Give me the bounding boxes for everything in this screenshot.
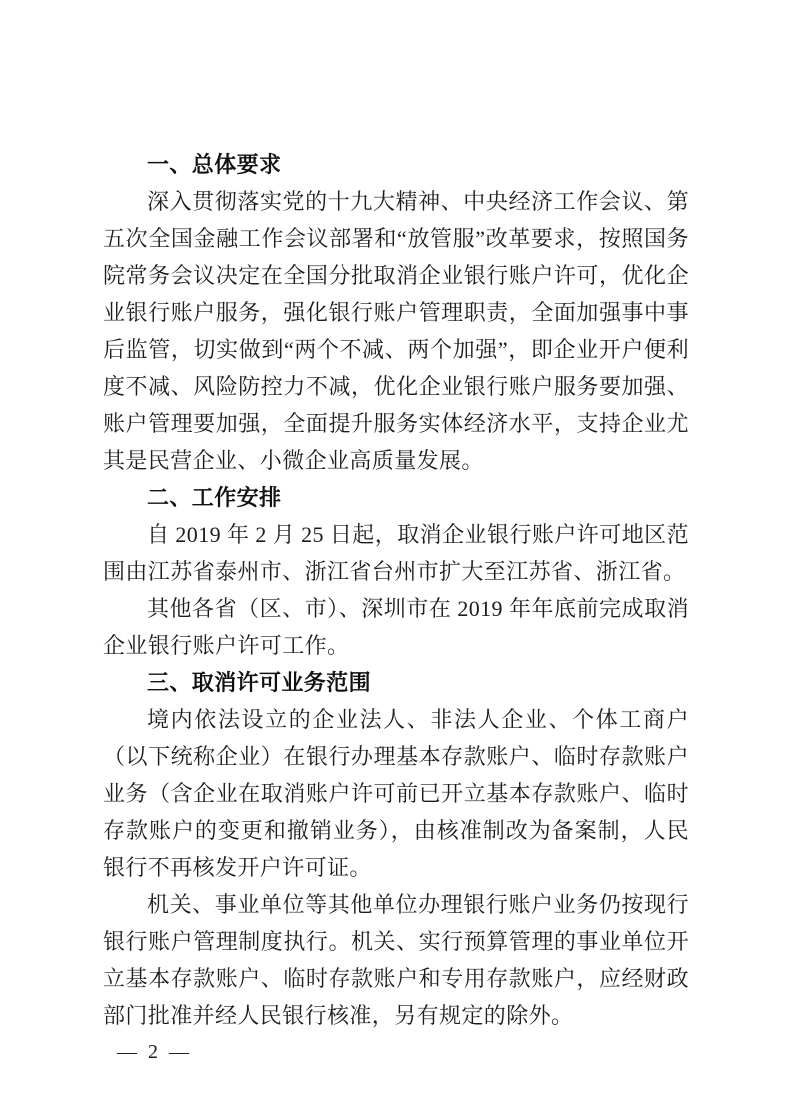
section-heading-work-arrangement: 二、工作安排	[103, 479, 689, 516]
page-number: — 2 —	[103, 1037, 689, 1067]
body-paragraph: 其他各省（区、市）、深圳市在 2019 年年底前完成取消企业银行账户许可工作。	[103, 590, 689, 664]
body-paragraph: 自 2019 年 2 月 25 日起，取消企业银行账户许可地区范围由江苏省泰州市…	[103, 516, 689, 590]
body-paragraph: 机关、事业单位等其他单位办理银行账户业务仍按现行银行账户管理制度执行。机关、实行…	[103, 886, 689, 1034]
section-heading-cancelled-license-scope: 三、取消许可业务范围	[103, 664, 689, 701]
section-heading-overall-requirements: 一、总体要求	[103, 146, 689, 183]
body-paragraph: 境内依法设立的企业法人、非法人企业、个体工商户（以下统称企业）在银行办理基本存款…	[103, 701, 689, 886]
body-paragraph: 深入贯彻落实党的十九大精神、中央经济工作会议、第五次全国金融工作会议部署和“放管…	[103, 183, 689, 479]
document-page: 一、总体要求 深入贯彻落实党的十九大精神、中央经济工作会议、第五次全国金融工作会…	[103, 146, 689, 1067]
